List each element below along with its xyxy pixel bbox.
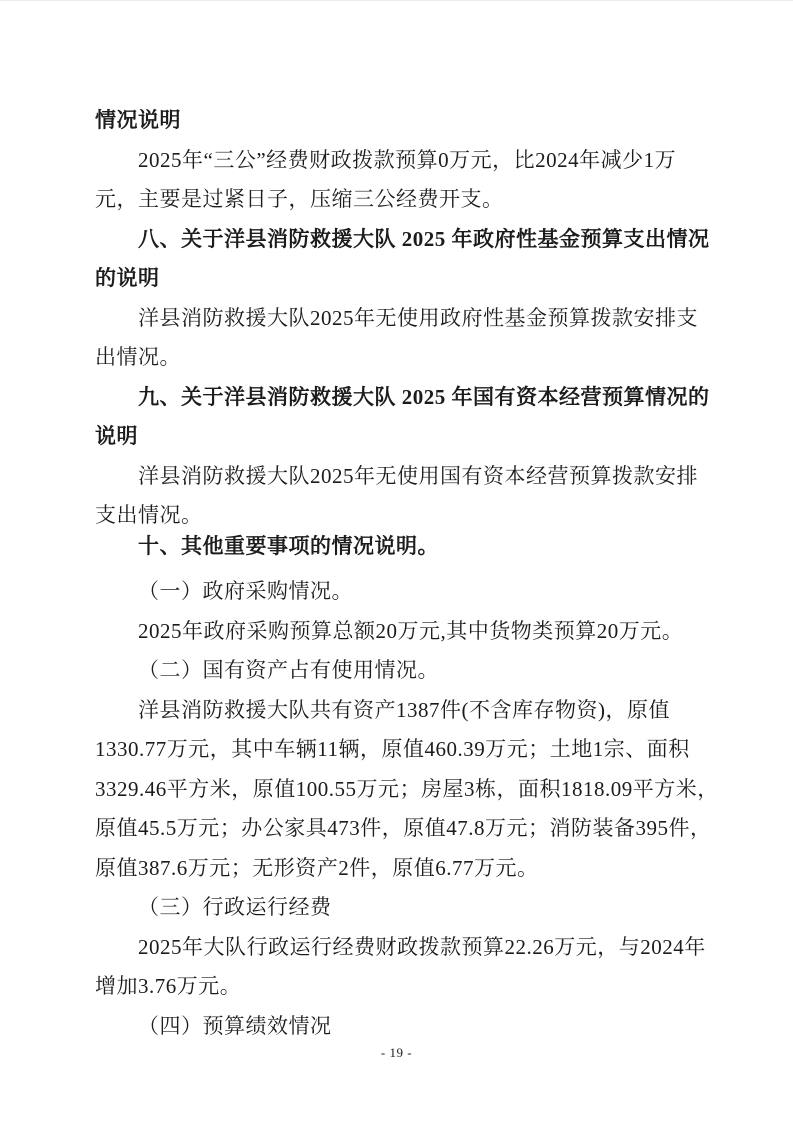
text-line: 情况说明 [95,101,713,141]
text-line: 原值45.5万元；办公家具473件，原值47.8万元；消防装备395件， [95,809,713,849]
page-number: - 19 - [0,1046,793,1060]
text-line: 的说明 [95,259,713,299]
text-line: （二）国有资产占有使用情况。 [95,651,713,691]
document-page: 情况说明2025年“三公”经费财政拨款预算0万元，比2024年减少1万元，主要是… [0,0,793,1122]
text-line: 洋县消防救援大队共有资产1387件(不含库存物资)，原值 [95,691,713,731]
text-line: 3329.46平方米，原值100.55万元；房屋3栋，面积1818.09平方米， [95,770,713,810]
text-line: 八、关于洋县消防救援大队 2025 年政府性基金预算支出情况 [95,220,713,260]
text-line: 说明 [95,417,713,457]
text-line: 2025年政府采购预算总额20万元,其中货物类预算20万元。 [95,612,713,652]
text-line: 原值387.6万元；无形资产2件，原值6.77万元。 [95,849,713,889]
text-line: 十、其他重要事项的情况说明。 [95,527,713,567]
text-line: 2025年“三公”经费财政拨款预算0万元，比2024年减少1万 [95,141,713,181]
text-line: （一）政府采购情况。 [95,572,713,612]
page-content: 情况说明2025年“三公”经费财政拨款预算0万元，比2024年减少1万元，主要是… [0,1,793,1046]
text-line: （三）行政运行经费 [95,888,713,928]
text-line: 元，主要是过紧日子，压缩三公经费开支。 [95,180,713,220]
text-line: 洋县消防救援大队2025年无使用国有资本经营预算拨款安排 [95,457,713,497]
text-line: 增加3.76万元。 [95,967,713,1007]
text-line: 1330.77万元，其中车辆11辆，原值460.39万元；土地1宗、面积 [95,730,713,770]
text-line: 出情况。 [95,338,713,378]
text-line: （四）预算绩效情况 [95,1007,713,1047]
text-line: 洋县消防救援大队2025年无使用政府性基金预算拨款安排支 [95,299,713,339]
text-line: 九、关于洋县消防救援大队 2025 年国有资本经营预算情况的 [95,378,713,418]
text-line: 2025年大队行政运行经费财政拨款预算22.26万元，与2024年 [95,928,713,968]
